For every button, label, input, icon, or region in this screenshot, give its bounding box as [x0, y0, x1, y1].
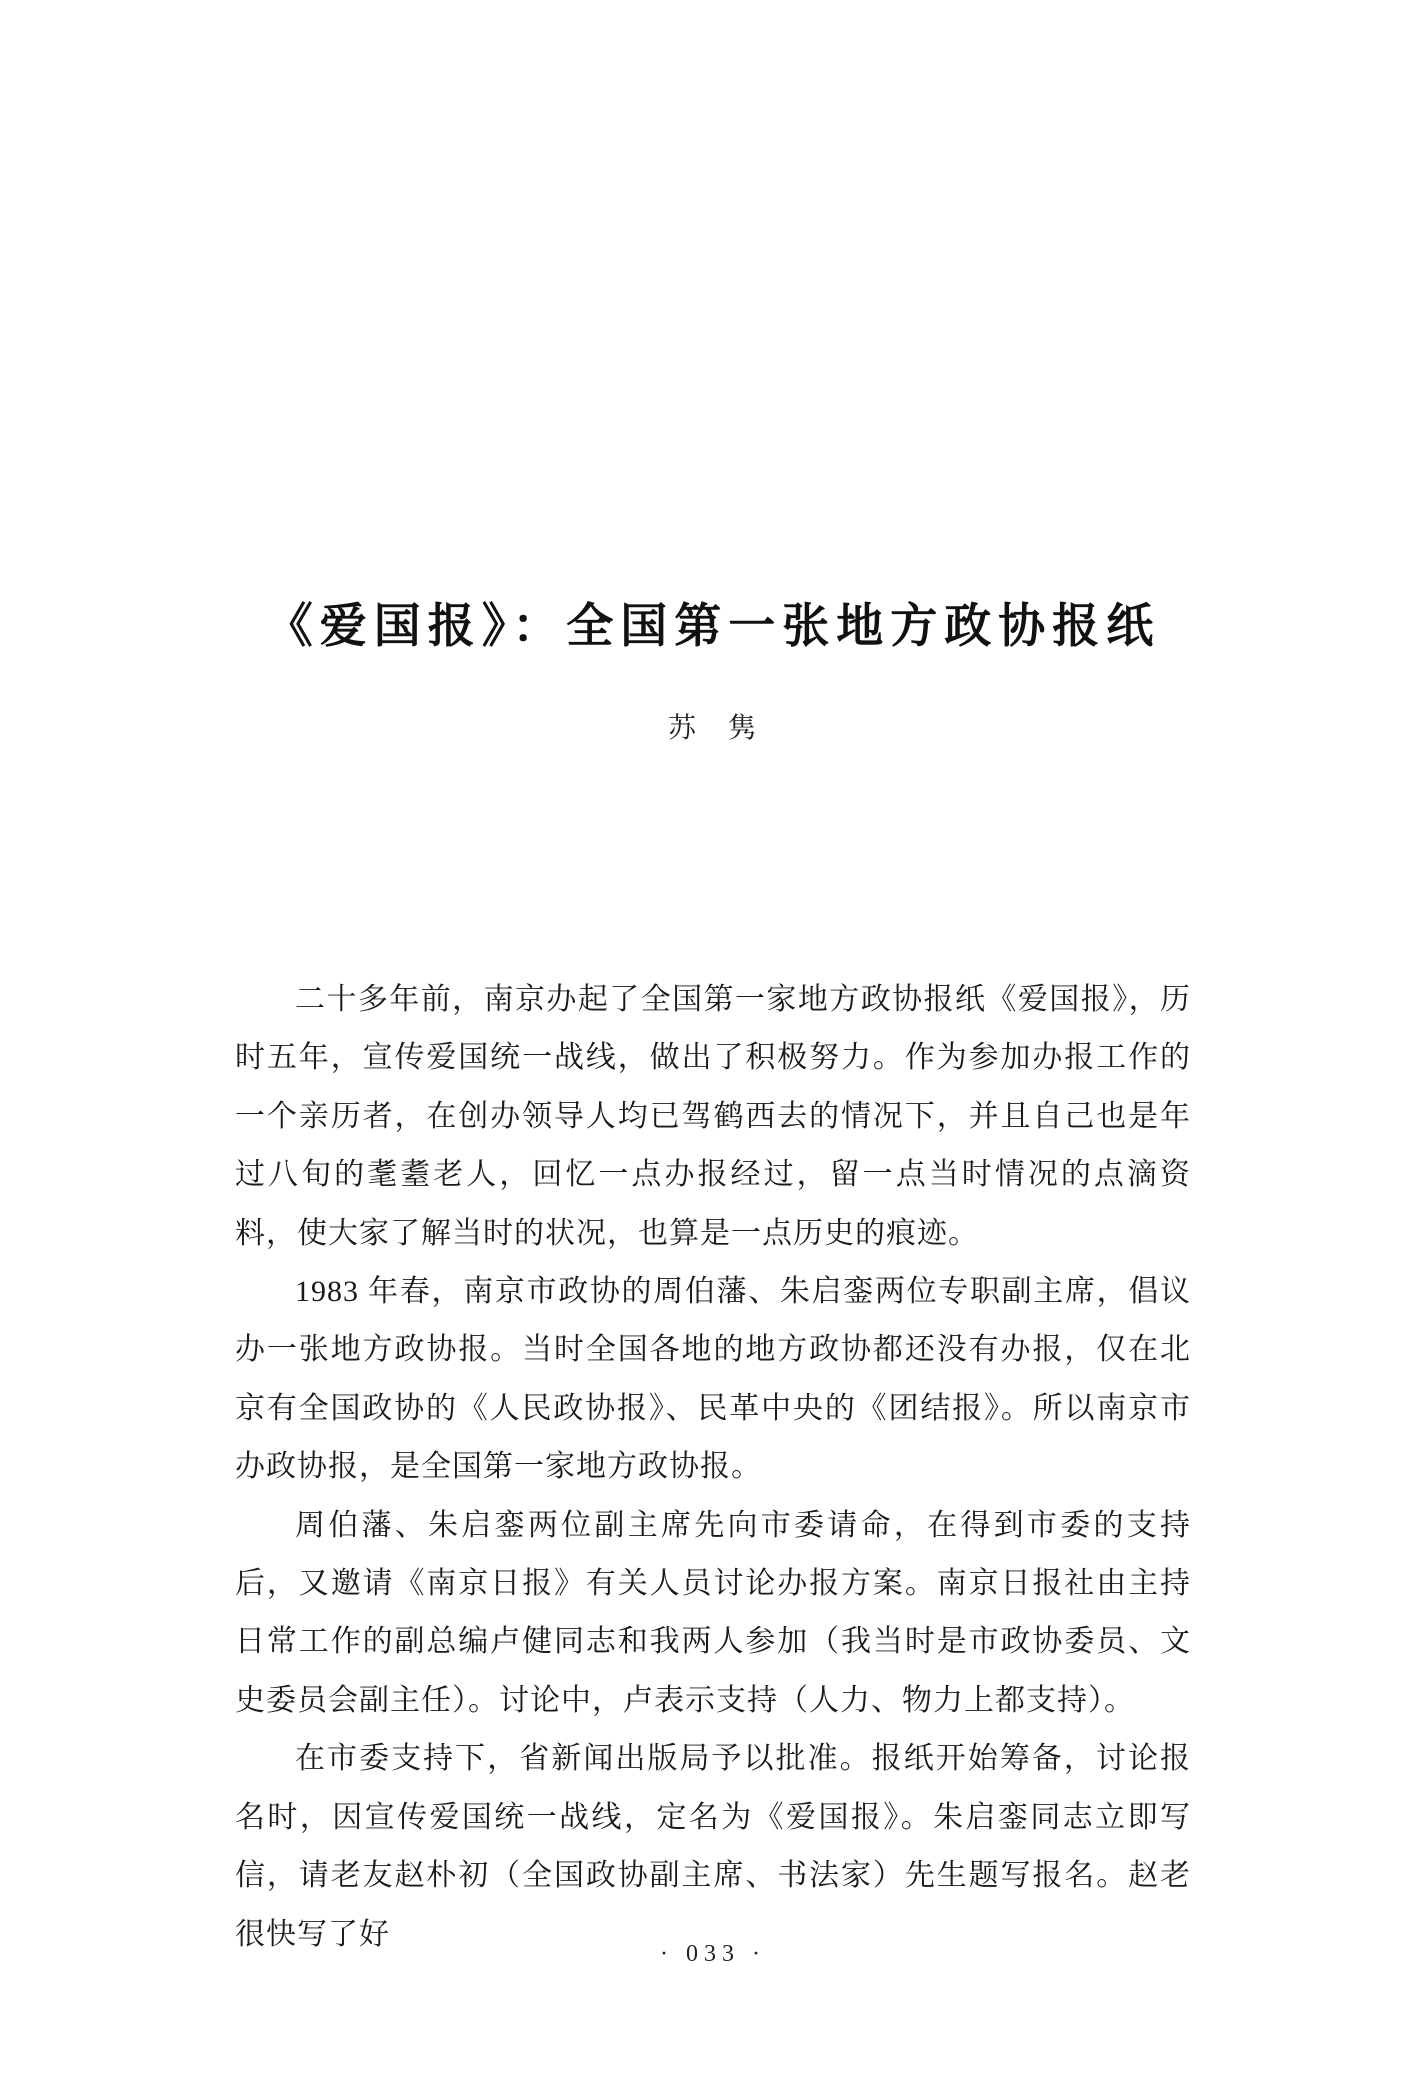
book-page: 《爱国报》：全国第一张地方政协报纸 苏 隽 二十多年前，南京办起了全国第一家地方…	[0, 0, 1426, 2095]
article-body: 二十多年前，南京办起了全国第一家地方政协报纸《爱国报》，历时五年，宣传爱国统一战…	[235, 971, 1191, 1964]
page-number-footer: · 033 ·	[235, 1941, 1191, 1968]
paragraph: 二十多年前，南京办起了全国第一家地方政协报纸《爱国报》，历时五年，宣传爱国统一战…	[235, 971, 1191, 1263]
paragraph: 1983 年春，南京市政协的周伯藩、朱启銮两位专职副主席，倡议办一张地方政协报。…	[235, 1263, 1191, 1497]
author-name: 苏 隽	[235, 706, 1191, 746]
paragraph: 在市委支持下，省新闻出版局予以批准。报纸开始筹备，讨论报名时，因宣传爱国统一战线…	[235, 1730, 1191, 1964]
article-title: 《爱国报》：全国第一张地方政协报纸	[235, 589, 1191, 656]
paragraph: 周伯藩、朱启銮两位副主席先向市委请命，在得到市委的支持后，又邀请《南京日报》有关…	[235, 1497, 1191, 1731]
